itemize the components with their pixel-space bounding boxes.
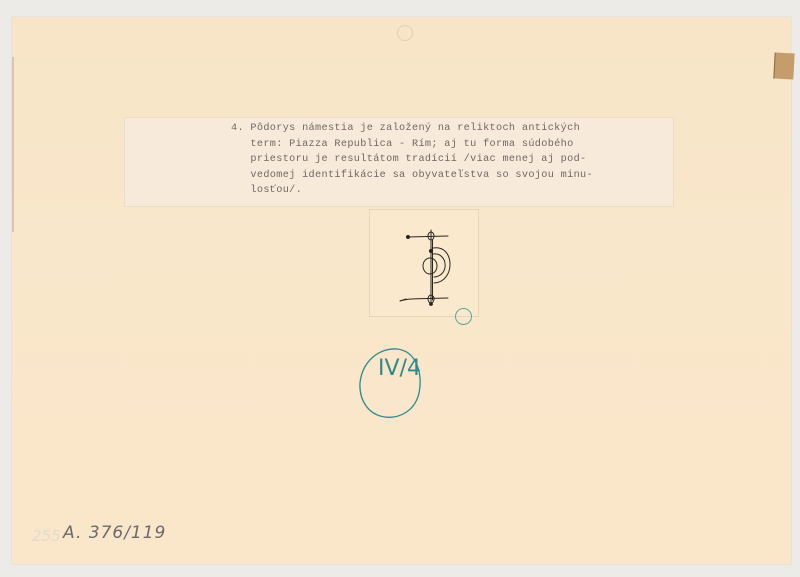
typed-caption-slip: 4. Pôdorys námestia je založený na relik… [125,118,673,206]
caption-line: losťou/. [231,183,593,199]
tape-fragment [773,52,794,79]
faded-number: 255 [32,527,61,545]
caption-line: vedomej identifikácie sa obyvateľstva so… [231,168,593,184]
caption-line: priestoru je resultátom tradícií /viac m… [231,152,593,168]
catalog-number: A. 376/119 [63,523,166,543]
inventory-mark: IV/4 [378,356,421,381]
small-circle-mark [455,308,472,325]
paper-edge [12,57,14,232]
caption-line: term: Piazza Republica - Rím; aj tu form… [231,137,593,153]
caption-line: 4. Pôdorys námestia je založený na relik… [231,121,593,137]
typed-caption: 4. Pôdorys námestia je založený na relik… [231,121,593,199]
plan-sketch-icon [370,210,478,316]
sketch-slip [370,210,478,316]
embossed-stamp [397,25,413,41]
